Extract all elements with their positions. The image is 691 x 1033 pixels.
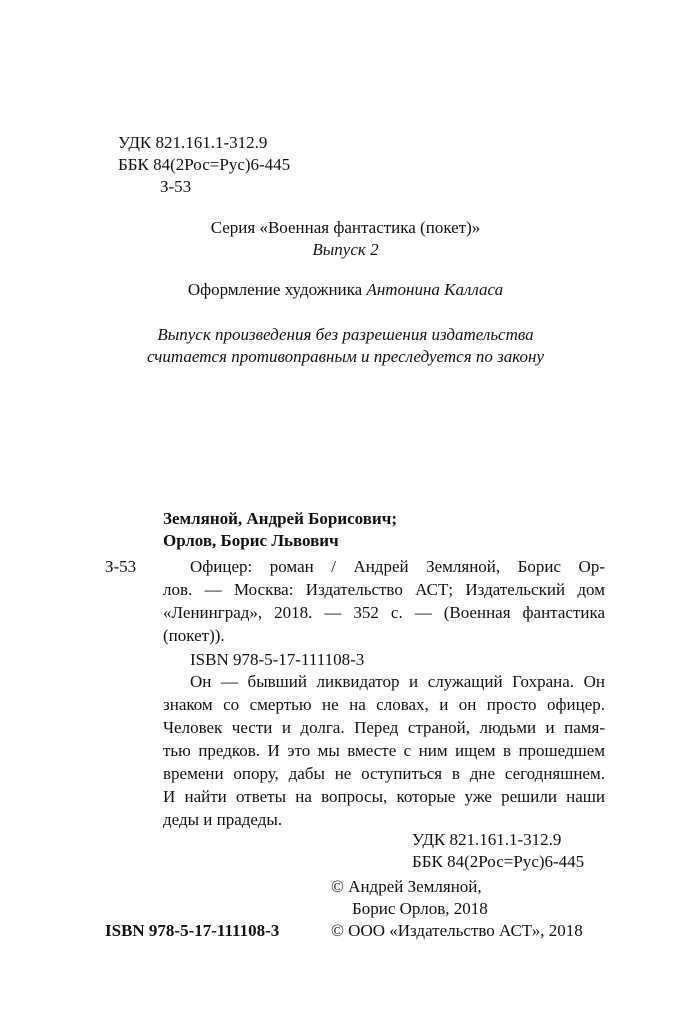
header-udk: УДК 821.161.1-312.9: [118, 131, 267, 154]
design-artist: Антонина Калласа: [366, 280, 503, 299]
series-label: Серия «Военная фантастика (покет)»: [0, 216, 691, 239]
copyright-authors-line-2: Борис Орлов, 2018: [352, 897, 488, 920]
catalog-author-1: Земляной, Андрей Борисович;: [163, 507, 397, 530]
annotation-line-5: времени опору, дабы не оступиться в дне …: [163, 762, 605, 785]
copyright-publisher: © ООО «Издательство АСТ», 2018: [331, 919, 583, 942]
copyright-authors-line-1: © Андрей Земляной,: [331, 875, 482, 898]
annotation-line-6: И найти ответы на вопросы, которые уже р…: [163, 785, 605, 808]
bibliographic-line-4: (покет)).: [163, 624, 225, 647]
footer-isbn: ISBN 978-5-17-111108-3: [105, 919, 279, 942]
bibliographic-line-2: лов. — Москва: Издательство АСТ; Издател…: [163, 578, 605, 601]
annotation-line-2: знаком со смертью не на словах, и он про…: [163, 693, 605, 716]
catalog-author-2: Орлов, Борис Львович: [163, 529, 339, 552]
catalog-udk: УДК 821.161.1-312.9: [412, 828, 561, 851]
copyright-notice-line-1: Выпуск произведения без разрешения издат…: [0, 323, 691, 346]
design-credit: Оформление художника Антонина Калласа: [0, 278, 691, 301]
annotation-line-7: деды и прадеды.: [163, 808, 282, 831]
annotation-line-3: Человек чести и долга. Перед страной, лю…: [163, 716, 605, 739]
bibliographic-line-1: Офицер: роман / Андрей Земляной, Борис О…: [190, 555, 605, 578]
header-bbk: ББК 84(2Рос=Рус)6-445: [118, 153, 290, 176]
catalog-author-mark: З-53: [105, 555, 136, 578]
series-issue: Выпуск 2: [0, 238, 691, 261]
bibliographic-line-3: «Ленинград», 2018. — 352 с. — (Военная ф…: [163, 601, 605, 624]
annotation-line-1: Он — бывший ликвидатор и служащий Гохран…: [190, 670, 605, 693]
copyright-notice-line-2: считается противоправным и преследуется …: [0, 345, 691, 368]
annotation-line-4: тью предков. И это мы вместе с ним ищем …: [163, 739, 605, 762]
catalog-isbn: ISBN 978-5-17-111108-3: [190, 648, 364, 671]
header-author-mark: З-53: [160, 175, 191, 198]
design-prefix: Оформление художника: [188, 280, 367, 299]
catalog-bbk: ББК 84(2Рос=Рус)6-445: [412, 850, 584, 873]
